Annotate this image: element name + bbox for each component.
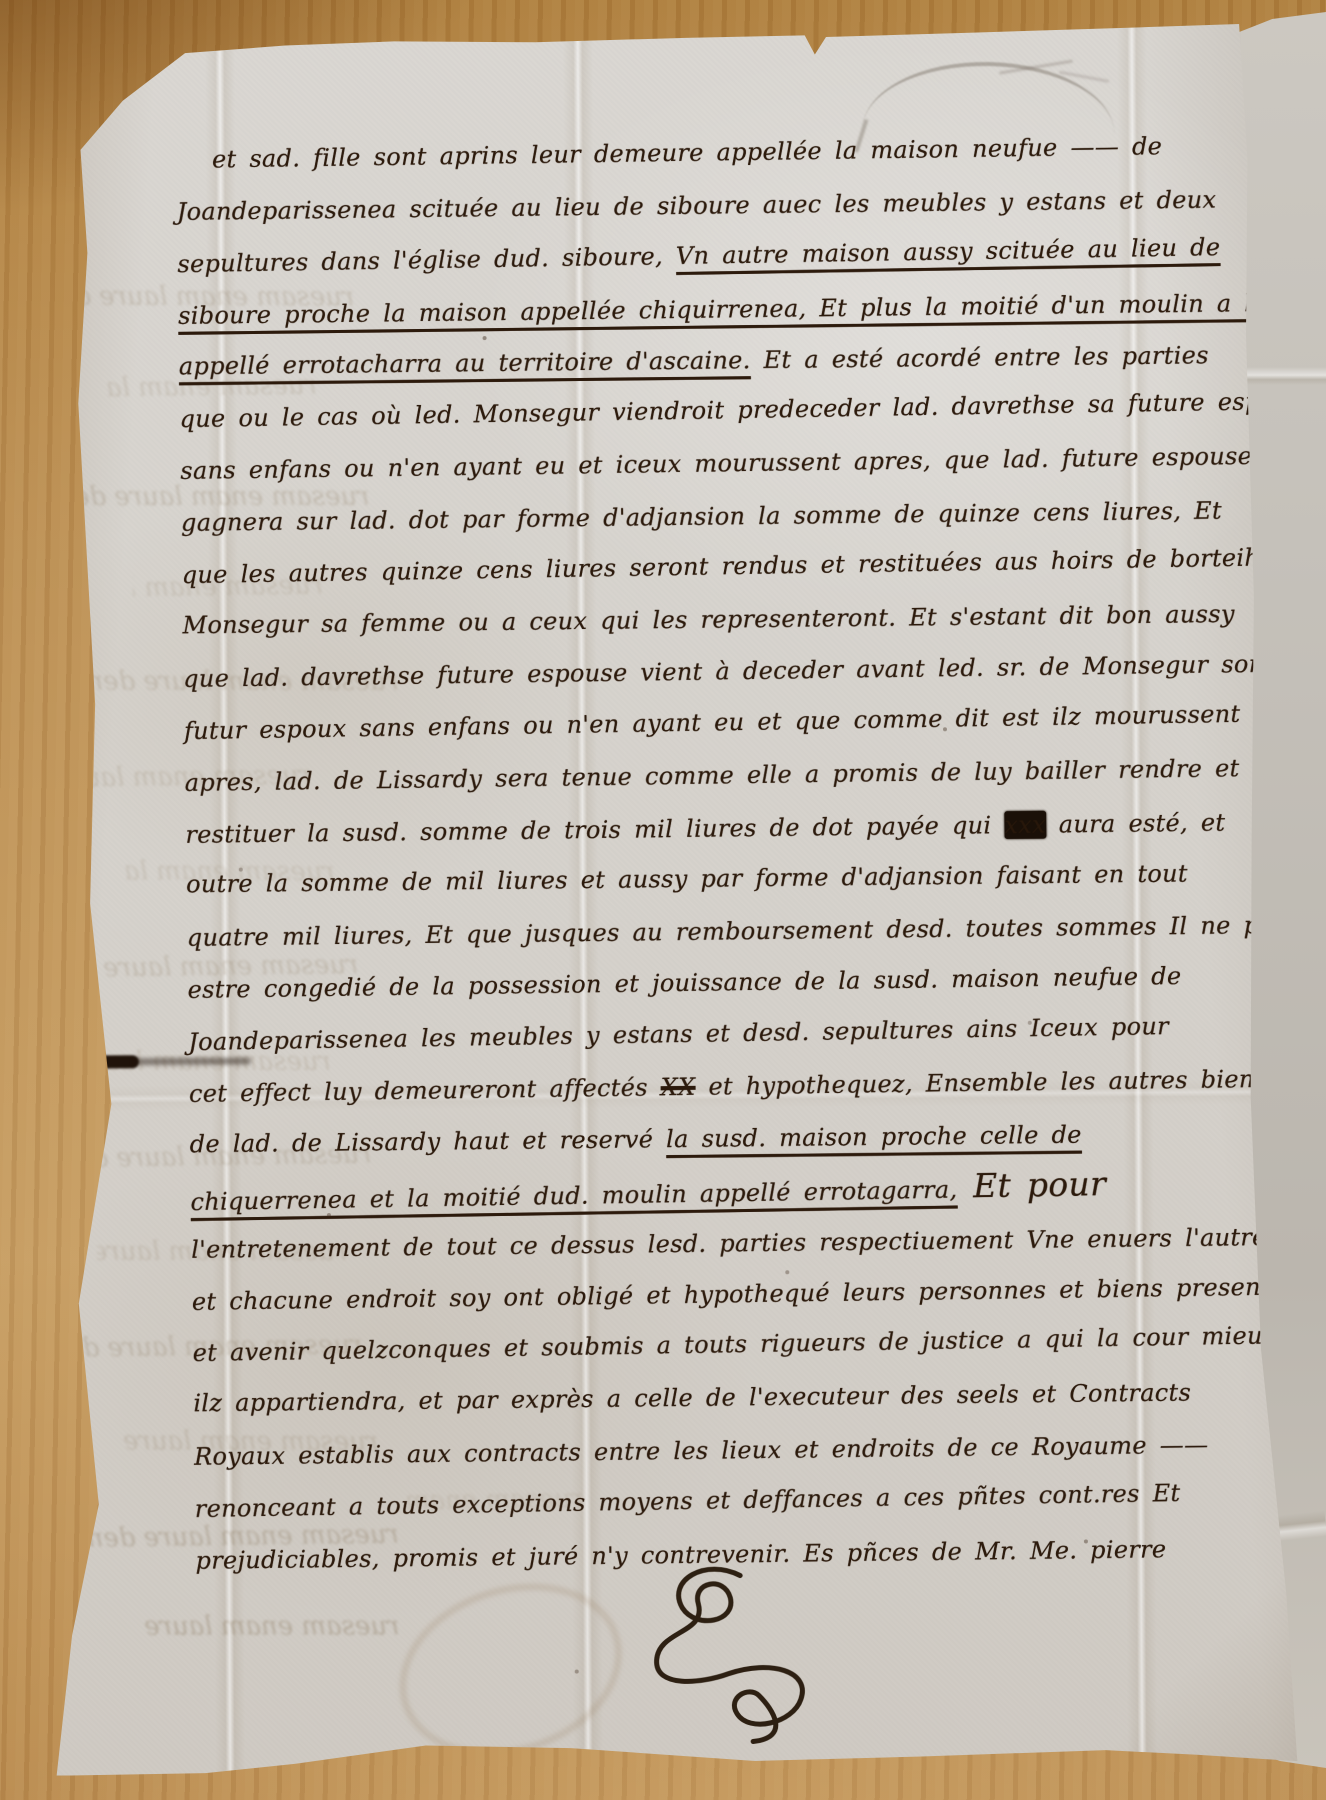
line-segment: quatre mil liures, Et que jusques au rem… (187, 911, 1326, 953)
line-segment: et sad. fille sont aprins leur demeure a… (212, 132, 1163, 173)
manuscript-page: ruesam enam laure demes auner sem eraun … (35, 20, 1298, 1776)
line-segment: gagnera sur lad. dot par forme d'adjansi… (181, 497, 1222, 537)
line-segment: chiquerrenea et la moitié dud. moulin ap… (190, 1175, 957, 1216)
line-segment: estre congedié de la possession et jouis… (187, 962, 1181, 1004)
line-segment: que lad. davrethse future espouse vient … (183, 650, 1265, 693)
manuscript-text: et sad. fille sont aprins leur demeure a… (176, 121, 1206, 1588)
line-segment: outre la somme de mil liures et aussy pa… (186, 860, 1188, 899)
line-segment: que les autres quinze cens liures seront… (182, 542, 1326, 589)
line-segment: Joandeparissenea scituée au lieu de sibo… (177, 185, 1217, 225)
line-segment: de lad. de Lissardy haut et reservé (190, 1125, 667, 1158)
line-segment: sans enfans ou n'en ayant eu et iceux mo… (180, 442, 1252, 485)
line-segment: xxx (1004, 810, 1046, 838)
line-segment: sepultures dans l'église dud. siboure, (177, 242, 676, 278)
line-segment: l'entretenement de tout ce dessus lesd. … (191, 1223, 1267, 1264)
notary-paraph-flourish (636, 1565, 867, 1751)
line-segment: appellé errotacharra au territoire d'asc… (179, 346, 751, 380)
line-segment: renonceant a touts exceptions moyens et … (195, 1479, 1181, 1523)
line-segment: Vn autre maison aussy scituée au lieu de (676, 233, 1221, 270)
line-segment: Royaux establis aux contracts entre les … (194, 1431, 1209, 1471)
line-segment: XX (661, 1073, 696, 1101)
ring-stain (376, 1555, 645, 1784)
line-segment: restituer la susd. somme de trois mil li… (185, 811, 1004, 849)
line-segment: Et pour (957, 1164, 1106, 1205)
line-segment: la susd. maison proche celle de (666, 1121, 1082, 1153)
line-segment: et chacune endroit soy ont obligé et hyp… (192, 1272, 1274, 1315)
ink-specks (35, 28, 37, 30)
line-segment: ilz appartiendra, et par exprès a celle … (193, 1379, 1191, 1418)
line-segment: Joandeparissenea les meubles y estans et… (188, 1012, 1169, 1056)
line-segment: Et a esté acordé entre les parties (750, 341, 1208, 374)
photo-scene: ruesam enam laure demes auner sem eraun … (0, 0, 1326, 1800)
showthrough-line: ruesam enam laure demes auner sem eraun … (139, 1611, 399, 1645)
ink-showthrough: ruesam enam laure demes auner sem eraun … (35, 20, 1287, 28)
ink-blot (43, 1055, 139, 1069)
line-segment: que ou le cas où led. Monsegur viendroit… (179, 387, 1318, 434)
manuscript-line: Monsegur sa femme ou a ceux qui les repr… (182, 589, 1193, 652)
line-segment: et avenir quelzconques et soubmis a tout… (192, 1322, 1276, 1368)
line-segment: futur espoux sans enfans ou n'en ayant e… (184, 700, 1241, 745)
ink-blot (133, 1058, 251, 1066)
line-segment: apres, lad. de Lissardy sera tenue comme… (184, 754, 1239, 797)
line-segment: et hypothequez, Ensemble les autres bien… (695, 1065, 1267, 1101)
line-segment: cet effect luy demeureront affectés (189, 1073, 661, 1108)
line-segment: Monsegur sa femme ou a ceux qui les repr… (182, 600, 1235, 639)
line-segment: siboure proche la maison appellée chiqui… (178, 288, 1326, 330)
line-segment: aura esté, et (1046, 808, 1226, 838)
